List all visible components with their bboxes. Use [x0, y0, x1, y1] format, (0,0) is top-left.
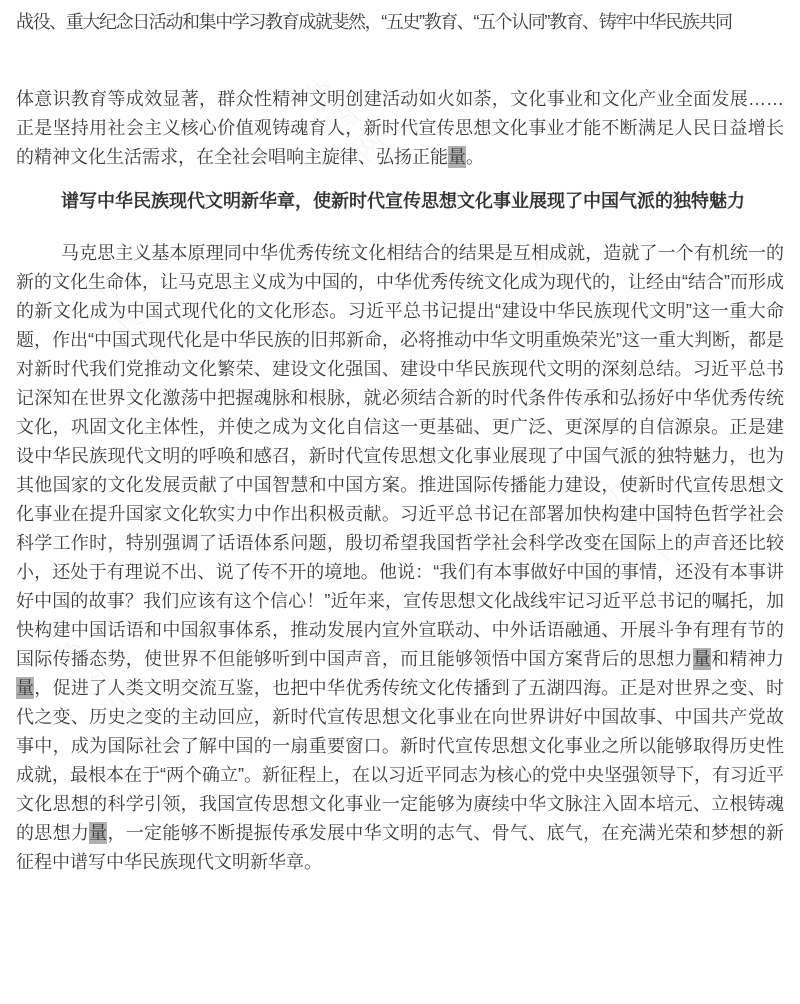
- paragraph-core-values: 体意识教育等成效显著，群众性精神文明创建活动如火如荼，文化事业和文化产业全面发展…: [16, 85, 784, 172]
- section-heading: 谱写中华民族现代文明新华章，使新时代宣传思想文化事业展现了中国气派的独特魅力: [16, 187, 784, 216]
- paragraph-modern-civilization: 马克思主义基本原理同中华优秀传统文化相结合的结果是互相成就，造就了一个有机统一的…: [16, 239, 784, 877]
- article-body: 战役、重大纪念日活动和集中学习教育成就斐然，“五史”教育、“五个认同”教育、铸牢…: [16, 8, 784, 877]
- highlighted-char: 量: [16, 677, 34, 699]
- highlighted-char: 量: [448, 146, 466, 168]
- highlighted-char: 量: [693, 648, 711, 670]
- highlighted-char: 量: [89, 822, 107, 844]
- document-page: 办图网 办图网 办图网 办图网 办图网 办图网 办图网 办图网 战役、重大纪念日…: [0, 0, 800, 1004]
- paragraph-continuation-line: 战役、重大纪念日活动和集中学习教育成就斐然，“五史”教育、“五个认同”教育、铸牢…: [16, 8, 784, 37]
